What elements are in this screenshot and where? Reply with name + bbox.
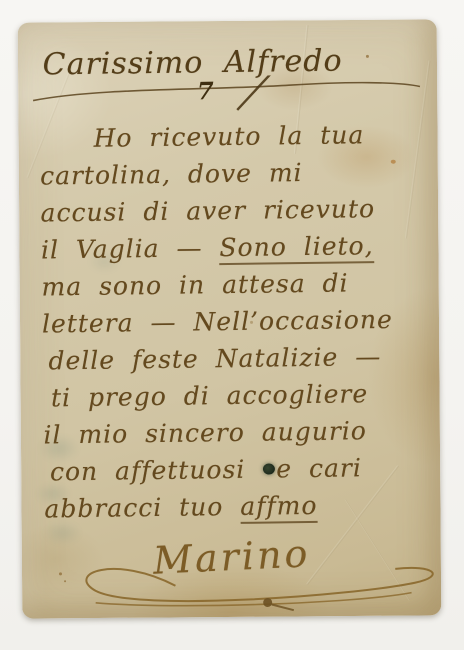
underlined-text: affmo [240, 491, 318, 524]
photo-background: Carissimo Alfredo 7 Ho ricevuto la tua c… [0, 0, 464, 650]
letter-line: il Vaglia — Sono lieto, [41, 226, 430, 268]
flourish-underline-icon [29, 73, 424, 114]
letter-line: delle feste Natalizie — [48, 337, 431, 379]
underlined-text: Sono lieto, [219, 231, 374, 265]
letter-line: accusi di aver ricevuto [40, 189, 429, 231]
ink-blot [263, 463, 275, 474]
letter-body: Ho ricevuto la tua cartolina, dove mi ac… [29, 115, 433, 527]
line-text: e cari [276, 453, 362, 483]
signature: Marino [152, 531, 311, 582]
letter-line: cartolina, dove mi [40, 152, 429, 194]
heading-mark: 7 [197, 76, 214, 105]
letter-line: Ho ricevuto la tua [93, 115, 428, 156]
postcard: Carissimo Alfredo 7 Ho ricevuto la tua c… [18, 19, 442, 618]
heading-flourish: 7 [29, 73, 428, 114]
letter-line: abbracci tuo affmo [44, 485, 433, 527]
handwritten-letter: Carissimo Alfredo 7 Ho ricevuto la tua c… [28, 34, 434, 613]
letter-line: il mio sincero augurio [43, 411, 432, 453]
line-text: il Vaglia — [41, 233, 220, 264]
line-text: abbracci tuo [44, 492, 240, 524]
signature-block: Marino [35, 524, 435, 615]
letter-line: ma sono in attesa di [41, 263, 430, 305]
letter-line: ti prego di accogliere [51, 374, 432, 416]
letter-line: lettera — Nell’occasione [42, 300, 431, 342]
line-text: con affettuosi [50, 455, 263, 487]
letter-line: con affettuosi e cari [50, 448, 433, 490]
